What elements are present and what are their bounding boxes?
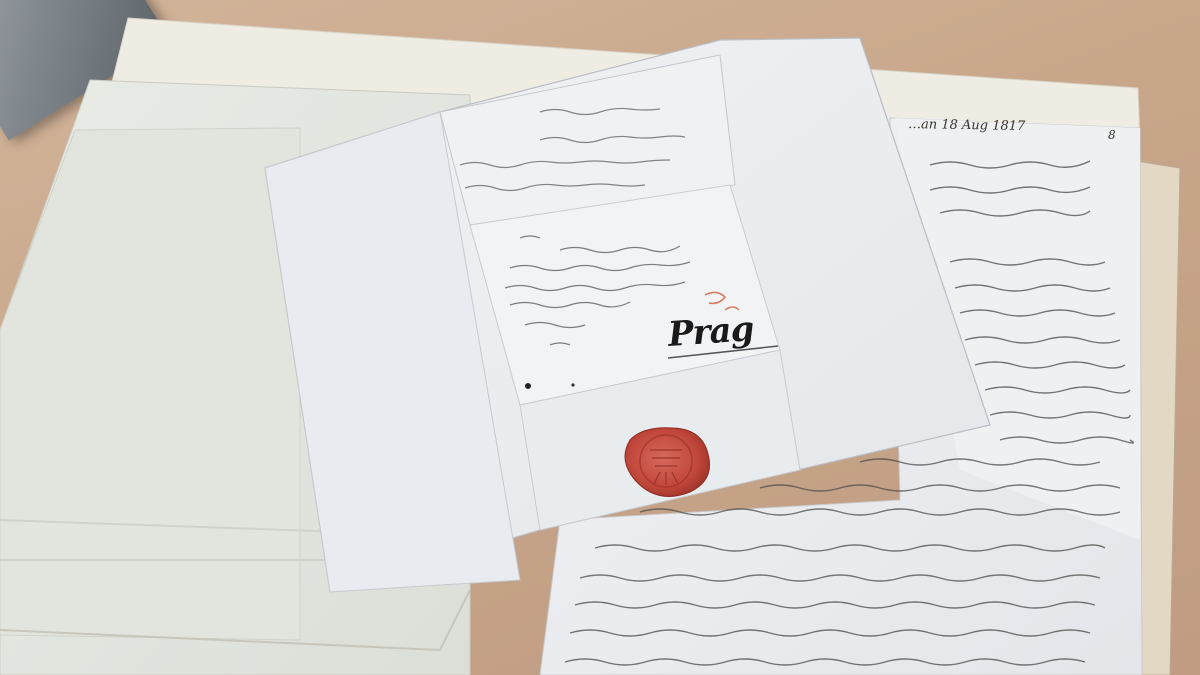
page-number: 8 xyxy=(1108,128,1116,142)
documents-illustration xyxy=(0,0,1200,675)
destination-prag: Prag xyxy=(667,309,755,355)
photo-scene: Prag …an 18 Aug 1817 8 xyxy=(0,0,1200,675)
letter-dateline: …an 18 Aug 1817 xyxy=(908,117,1025,134)
